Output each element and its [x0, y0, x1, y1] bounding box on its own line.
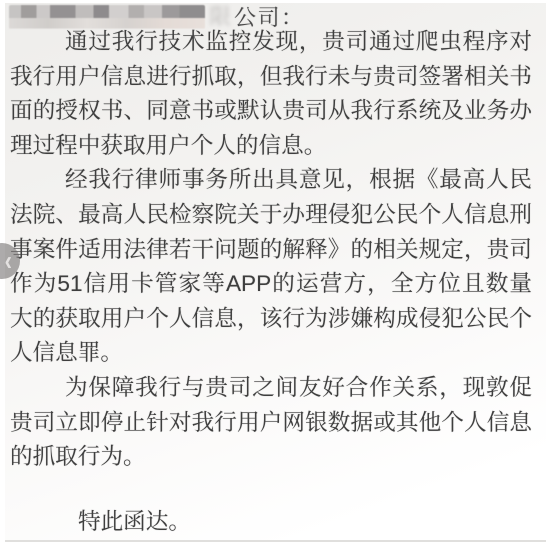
- body-line: 大的获取用户个人信息，该行为涉嫌构成侵犯公民个: [10, 302, 532, 337]
- body-line: 贵司立即停止针对我行用户网银数据或其他个人信息: [10, 406, 532, 441]
- body-line: 我行用户信息进行抓取，但我行未与贵司签署相关书: [10, 60, 532, 95]
- redacted-company-name: [9, 5, 205, 29]
- body-line: 通过我行技术监控发现，贵司通过爬虫程序对: [10, 25, 532, 60]
- chevron-left-icon: ‹: [5, 247, 12, 275]
- body-line: 为保障我行与贵司之间友好合作关系，现敦促: [10, 371, 532, 406]
- body-line: 人信息罪。: [10, 336, 532, 371]
- body-line: 法院、最高人民检察院关于办理侵犯公民个人信息刑: [10, 198, 532, 233]
- letter-photo: 限 公司： 通过我行技术监控发现，贵司通过爬虫程序对 我行用户信息进行抓取，但我…: [5, 3, 546, 542]
- body-line: 作为51信用卡管家等APP的运营方，全方位且数量巨: [10, 267, 532, 302]
- closing-line: 特此函达。: [10, 505, 532, 540]
- partial-company-char: 限: [209, 5, 231, 29]
- body-line: 面的授权书、同意书或默认贵司从我行系统及业务办: [10, 94, 532, 129]
- body-line: 的抓取行为。: [10, 440, 532, 475]
- body-line: 经我行律师事务所出具意见，根据《最高人民: [10, 163, 532, 198]
- body-line: 理过程中获取用户个人的信息。: [10, 129, 532, 164]
- letter-body: 通过我行技术监控发现，贵司通过爬虫程序对 我行用户信息进行抓取，但我行未与贵司签…: [10, 25, 532, 539]
- body-line: 事案件适用法律若干问题的解释》的相关规定，贵司: [10, 233, 532, 268]
